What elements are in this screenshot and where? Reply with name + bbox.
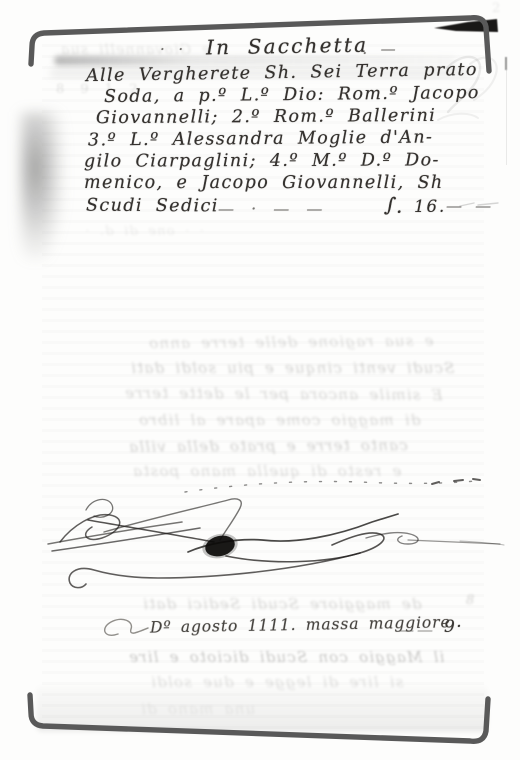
bleedthrough-line: una mano di [140, 700, 255, 718]
entry-line: Soda, a p.º L.º Dio: Rom.º Jacopo [104, 83, 480, 107]
footer-flourish [105, 619, 148, 635]
faint-figure: 8 [466, 593, 475, 608]
bleedthrough-line: canto terre e prato della villa [128, 436, 408, 455]
entry-line: menico, e Jacopo Giovannelli, Sh [84, 173, 444, 193]
bleedthrough-line: Scudi venti cinque e piu soldi dati [130, 359, 454, 377]
heading-trail-marks: · . — [344, 40, 397, 58]
bleedthrough-line: il Maggio con Scudi dicioto e lire [128, 648, 444, 666]
left-margin-scan-shadow [20, 112, 64, 260]
currency-symbol: ∫. [383, 192, 406, 218]
footer-dashes: —— [398, 620, 436, 639]
pencil-corner-mark: 2 [492, 1, 502, 16]
bottom-page-shade [36, 686, 488, 732]
entry-amount-dashes: — — [446, 196, 492, 215]
entry-line: Scudi Sedici [86, 196, 219, 217]
bleedthrough-line: e resto di quella mano posta [132, 462, 401, 480]
page-right-edge-line [506, 70, 507, 165]
bleedthrough-line: di maggio come apare al libro [138, 411, 420, 429]
ink-scribble [30, 468, 510, 603]
bleedthrough-line: e sua ragione delle terre anno [148, 332, 434, 352]
entry-trailing-dashes: — · — — [218, 199, 325, 218]
bleedthrough-line: · · one di d. · [84, 224, 204, 239]
entry-amount: 16. [414, 197, 446, 216]
corner-scan-shadow [434, 19, 498, 32]
entry-line: 3.º L.º Alessandra Moglie d'An- [88, 127, 433, 150]
frame-bottom-bracket [30, 695, 488, 741]
footer-amount: 9· [444, 617, 463, 637]
bleedthrough-line: de maggiore Scudi Sedici dati [142, 595, 421, 613]
verso-swirl [438, 114, 478, 120]
entry-line: Giovannelli; 2.º Rom.º Ballerini [96, 106, 436, 128]
bleedthrough-line: e Giovannelli sua [60, 42, 210, 58]
ink-blot [203, 533, 237, 560]
bleedthrough-line: E simile ancora per le dette terre [124, 384, 443, 404]
manuscript-scan-page: 8 9 1 2 2 8 · · In Sacchetta · . — e Gio… [0, 0, 520, 760]
entry-line: gilo Ciarpaglini; 4.º M.º D.º Do- [84, 150, 440, 171]
entry-line: Alle Vergherete Sh. Sei Terra prato [86, 60, 478, 86]
page-right-edge-mark [505, 57, 507, 70]
bleedthrough-line: si lire di legge e due soldi [150, 673, 403, 691]
ink-blot-halo [200, 530, 241, 562]
